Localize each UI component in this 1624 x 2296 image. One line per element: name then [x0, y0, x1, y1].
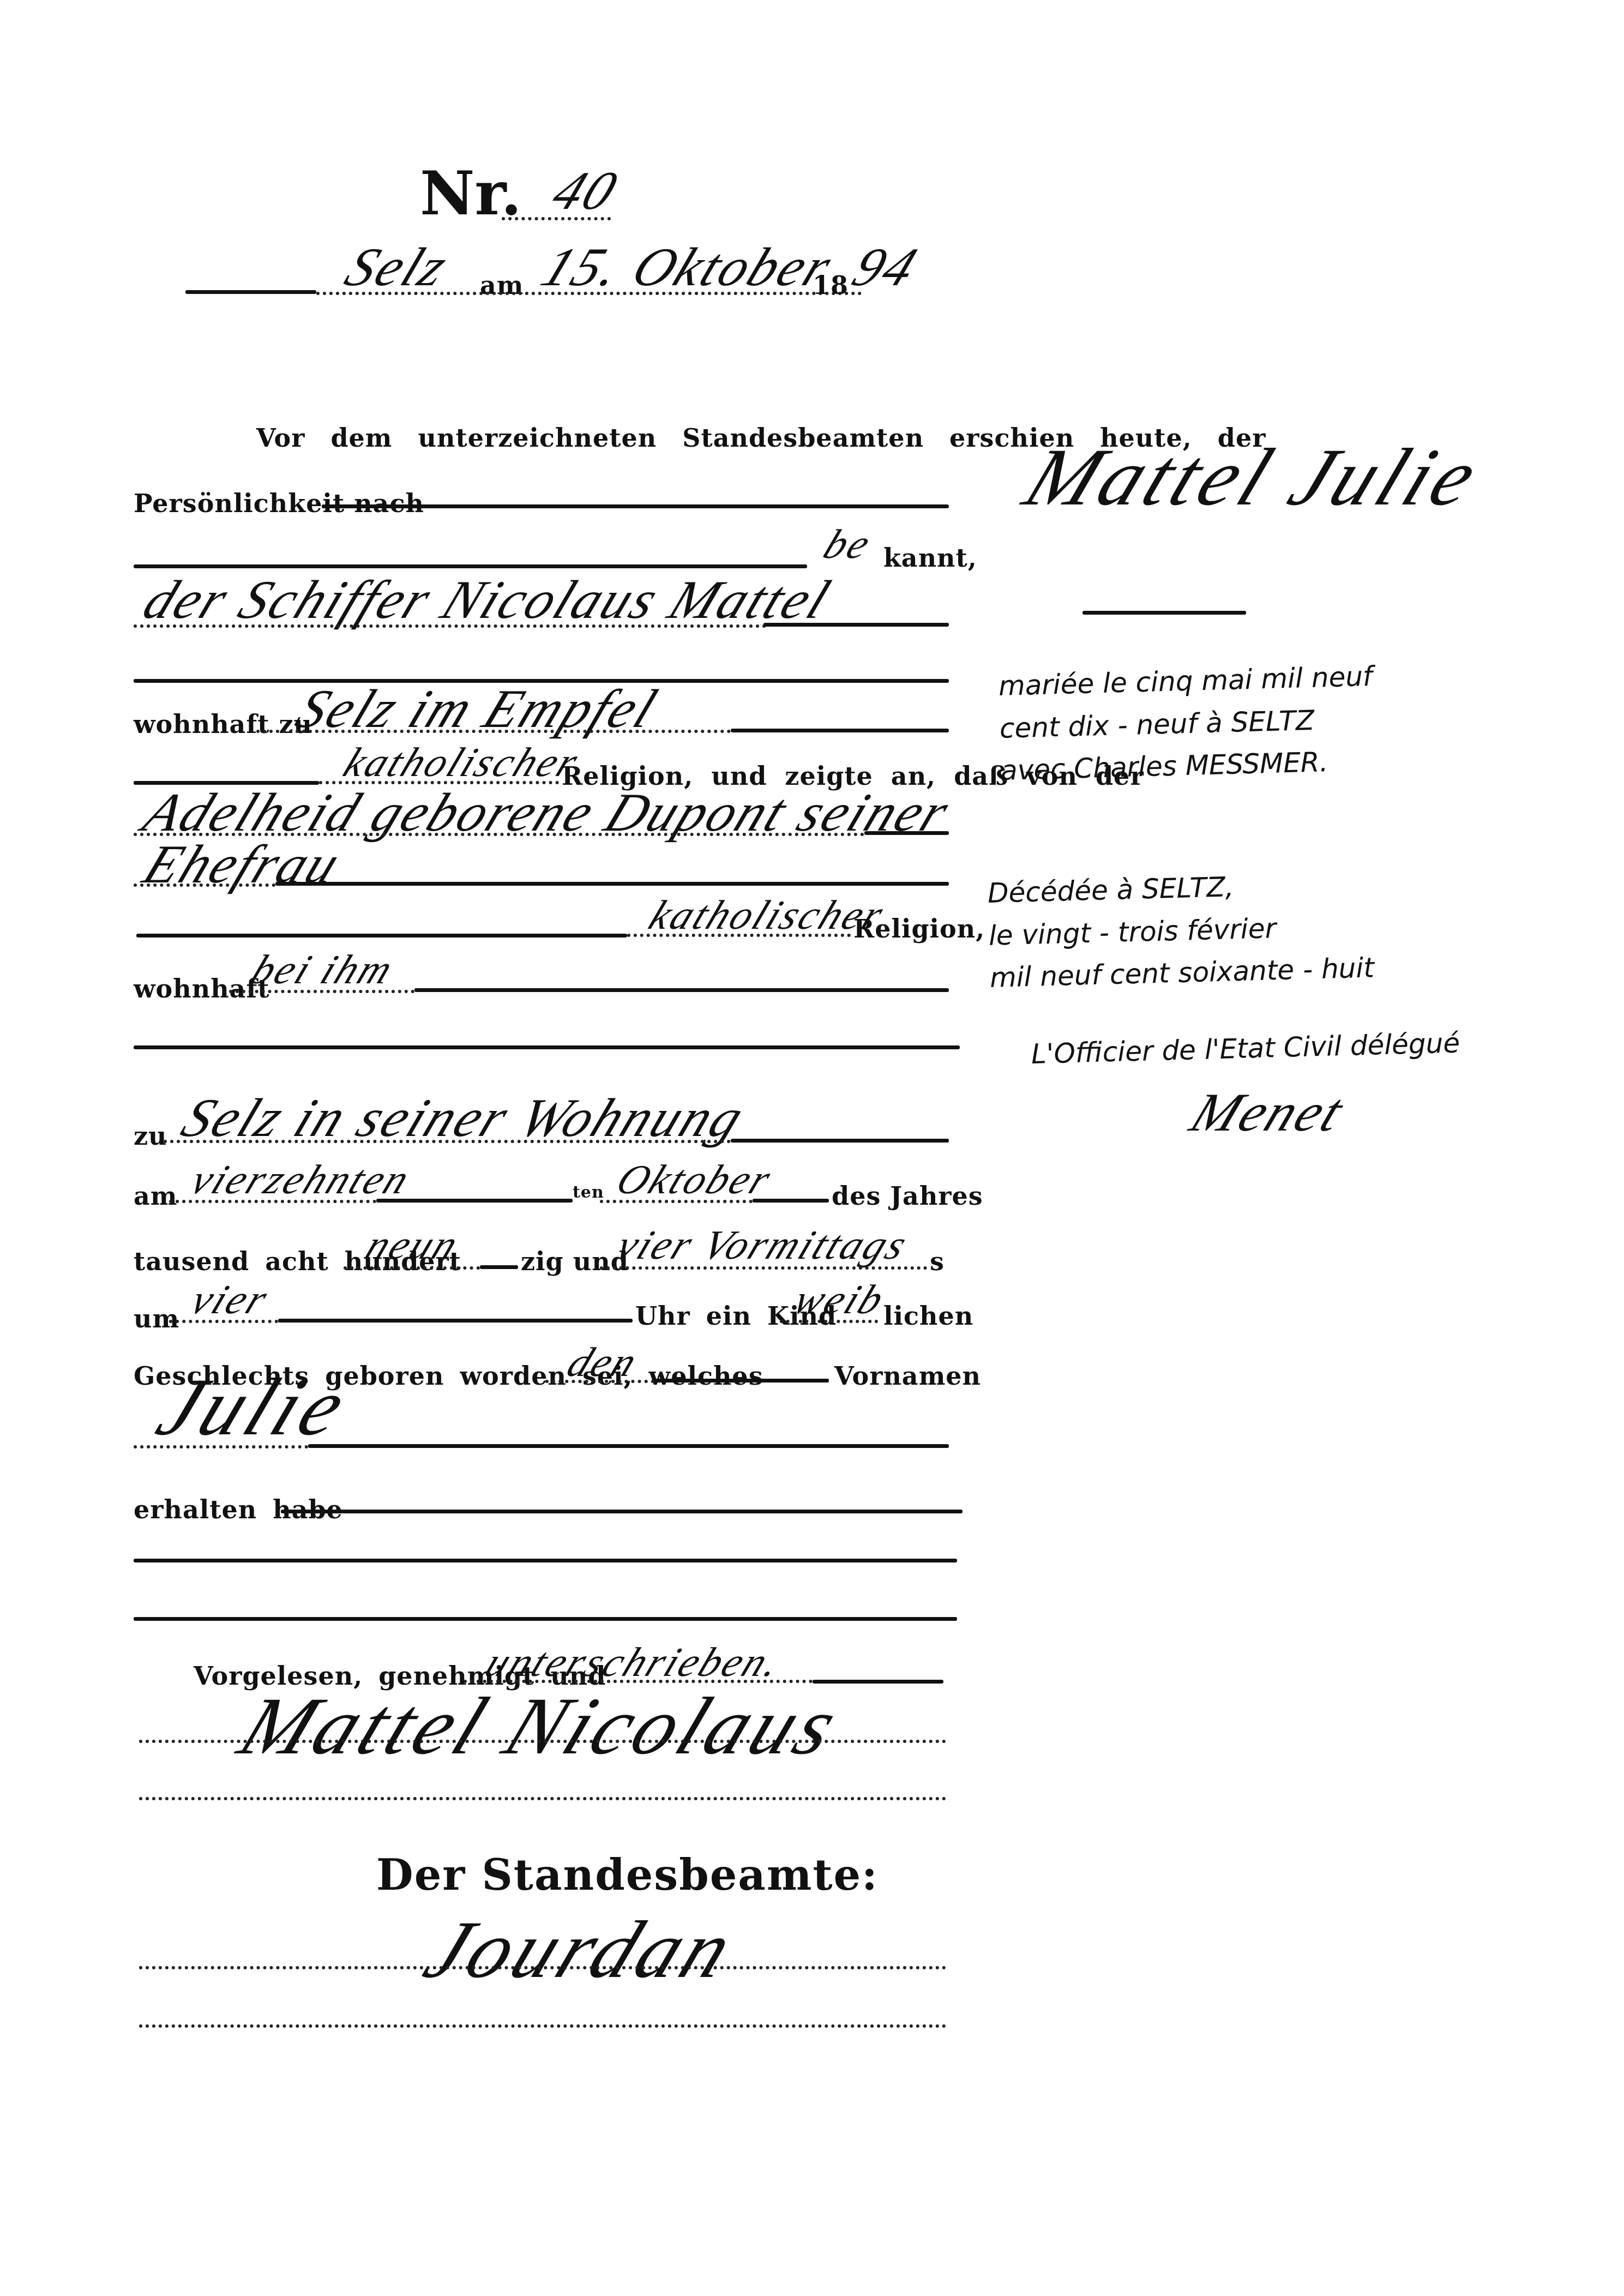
- officer-note: L'Officier de l'Etat Civil délégué: [1031, 1022, 1460, 1075]
- dotted-line: [134, 883, 275, 887]
- wohnhaft-label: wohnhaft zu: [134, 712, 312, 737]
- year-suffix: 94: [845, 240, 926, 294]
- dotted-line: [344, 1266, 480, 1270]
- mother-name: Adelheid geborene Dupont seiner: [136, 785, 959, 840]
- declarant-name: der Schiffer Nicolaus Mattel: [136, 573, 839, 627]
- rule: [654, 1379, 829, 1383]
- lichen-suffix: lichen: [883, 1303, 973, 1329]
- rule: [136, 934, 627, 937]
- dotted-line: [134, 1445, 308, 1448]
- bekannt-handwritten: be: [818, 524, 878, 565]
- dotted-line: [256, 730, 731, 733]
- rule: [134, 1617, 957, 1621]
- death-note: Décédée à SELTZ, le vingt - trois févrie…: [987, 863, 1375, 1000]
- rule: [281, 1510, 963, 1513]
- bekannt-printed: kannt,: [883, 545, 977, 570]
- child-sex: weib: [788, 1279, 892, 1320]
- dotted-line: [139, 2024, 946, 2028]
- rule: [376, 1199, 573, 1203]
- child-given-name: Julie: [147, 1366, 361, 1448]
- birth-day: vierzehnten: [185, 1159, 417, 1200]
- rule: [278, 1319, 633, 1323]
- rule: [134, 1045, 960, 1049]
- religion-label: Religion,: [853, 916, 985, 941]
- dotted-line: [545, 1380, 654, 1383]
- dotted-line: [139, 1740, 946, 1743]
- date-rule-left: [185, 290, 316, 294]
- record-date: 15. Oktober: [534, 240, 841, 294]
- unterschrieben: unterschrieben.: [480, 1642, 789, 1683]
- dotted-line: [780, 1320, 878, 1323]
- dotted-line: [139, 1797, 946, 1800]
- birth-hour: vier: [185, 1279, 275, 1320]
- dotted-line: [134, 624, 766, 628]
- birth-place: Selz in seiner Wohnung: [175, 1091, 753, 1145]
- dotted-line: [139, 1966, 946, 1969]
- birth-time-words: vier Vormittags: [611, 1224, 915, 1266]
- year-prefix: 18: [813, 273, 849, 298]
- rule: [763, 623, 949, 627]
- rule: [322, 504, 949, 508]
- persoenlichkeit-label: Persönlichkeit nach: [134, 491, 424, 516]
- document-page: Nr. 40 Selz am 15. Oktober 18 94 Vor dem…: [0, 0, 1624, 2296]
- dotted-line: [169, 1200, 376, 1203]
- official-title: Der Standesbeamte:: [376, 1854, 879, 1897]
- dotted-line: [600, 1266, 927, 1270]
- declarant-signature: Mattel Nicolaus: [229, 1685, 852, 1767]
- rule: [864, 831, 949, 835]
- ten-suffix: ten: [573, 1185, 604, 1201]
- rule: [731, 1139, 949, 1143]
- des-jahres-label: des Jahres: [832, 1183, 983, 1209]
- dotted-line: [164, 1140, 731, 1143]
- date-dotted-line: [316, 292, 862, 295]
- marriage-note-line: avec Charles MESSMER.: [1000, 740, 1375, 792]
- rule: [134, 564, 807, 568]
- declarant-religion: katholischer: [338, 742, 586, 783]
- dotted-line: [600, 1200, 753, 1203]
- um-label: um: [134, 1306, 179, 1331]
- rule: [753, 1199, 829, 1203]
- official-signature: Jourdan: [414, 1909, 748, 1991]
- am-label: am: [134, 1183, 177, 1209]
- birth-month: Oktober: [611, 1159, 779, 1200]
- dotted-line: [229, 990, 414, 993]
- dotted-line: [169, 1320, 278, 1323]
- mother-residence: bei ihm: [245, 949, 401, 990]
- record-place: Selz: [338, 240, 456, 294]
- margin-name-heading: Mattel Julie: [1014, 436, 1493, 518]
- rule: [480, 1265, 518, 1269]
- dotted-line: [627, 934, 851, 937]
- number-label: Nr.: [420, 164, 522, 224]
- declarant-residence: Selz im Empfel: [289, 682, 666, 736]
- rule: [308, 1444, 949, 1448]
- officer-signature: Menet: [1183, 1085, 1352, 1140]
- rule: [414, 988, 949, 992]
- vornamen-label: Vornamen: [834, 1363, 981, 1389]
- zu-label: zu: [134, 1123, 167, 1149]
- s-suffix: s: [930, 1249, 945, 1274]
- margin-rule: [1082, 611, 1246, 615]
- rule: [134, 1559, 957, 1562]
- rule: [731, 729, 949, 732]
- record-number: 40: [545, 164, 626, 218]
- number-dotted-line: [502, 217, 611, 220]
- marriage-note: mariée le cinq mai mil neuf cent dix - n…: [998, 656, 1375, 792]
- rule: [275, 882, 949, 886]
- birth-decade: neun: [360, 1224, 466, 1266]
